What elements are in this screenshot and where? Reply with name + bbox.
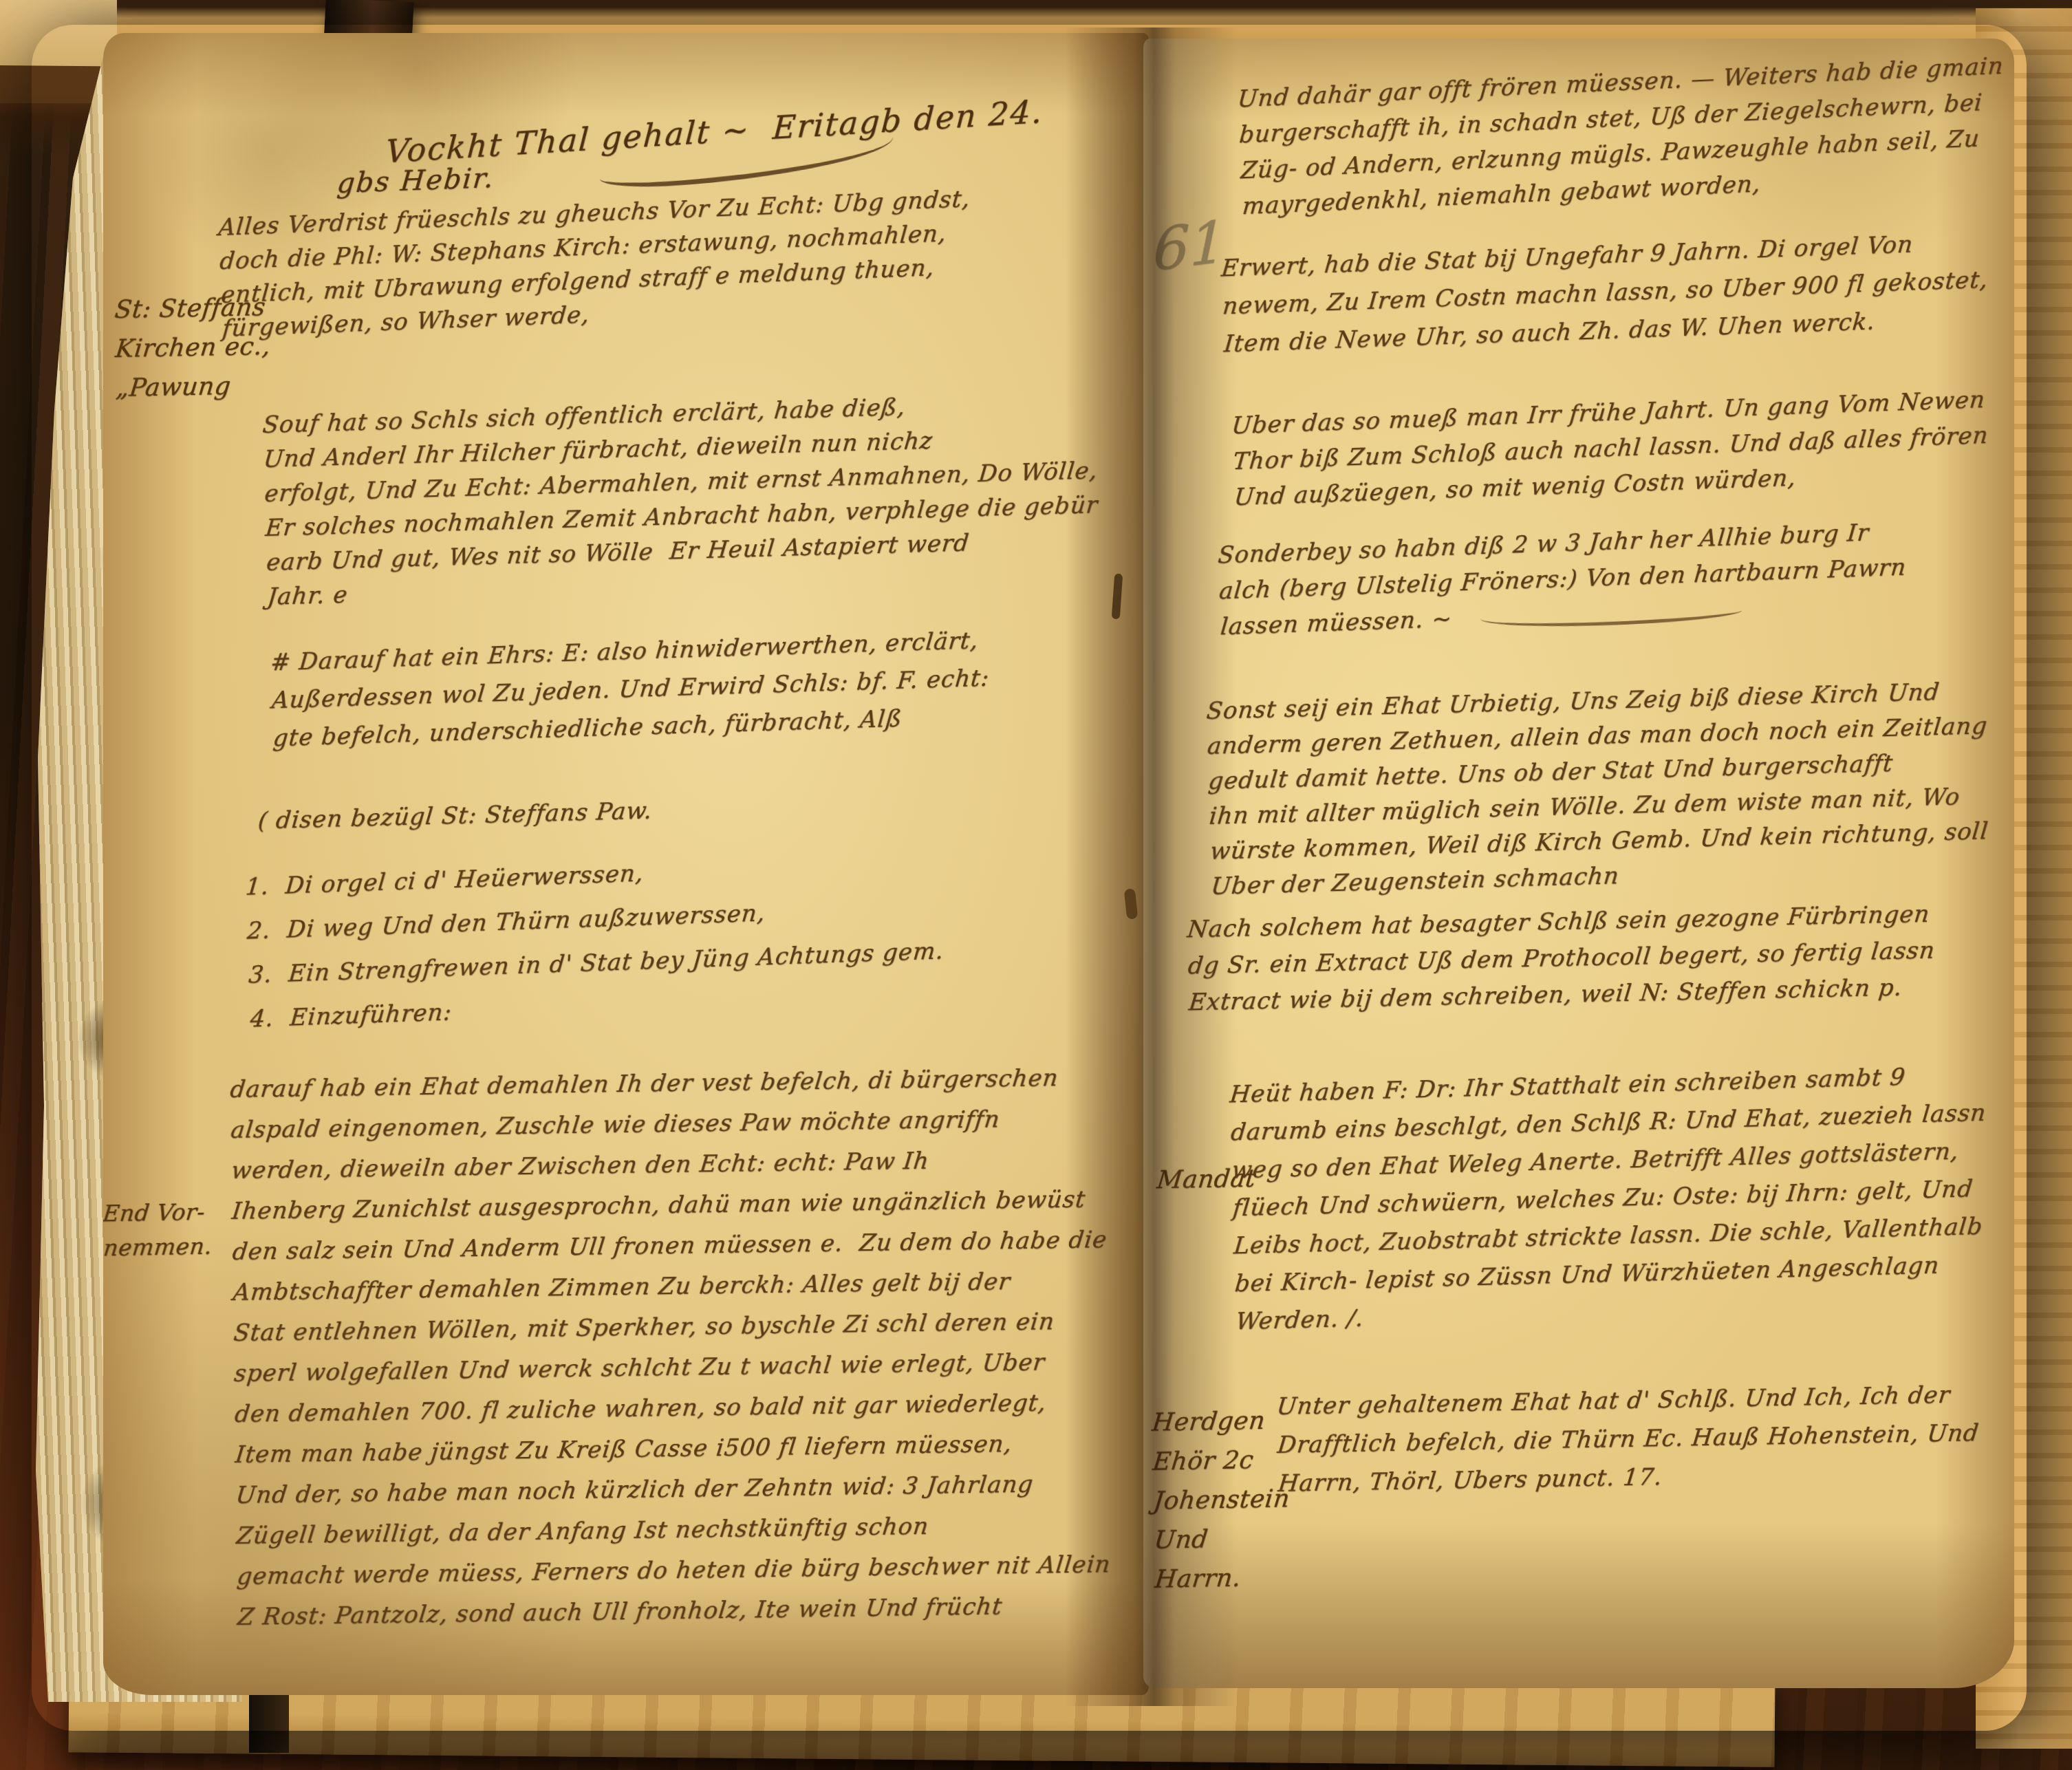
paragraph: Alles Verdrist früeschls zu gheuchs Vor … <box>218 182 975 346</box>
handwriting-line: Harrn. <box>1153 1557 1293 1599</box>
handwriting-line: End Vor- <box>103 1195 213 1231</box>
handwriting-line: 61 <box>1153 207 1227 284</box>
left-page: Vockht Thal gehalt ~ Eritagb den 24. gbs… <box>103 33 1149 1695</box>
handwriting-line: „Pawung <box>114 366 273 408</box>
handwriting-line: Ehör 2c <box>1151 1440 1291 1482</box>
handwriting-line: Und <box>1152 1518 1293 1560</box>
paragraph: Unter gehaltenem Ehat hat d' Schlß. Und … <box>1277 1375 1981 1503</box>
paragraph: Erwert, hab die Stat bij Ungefahr 9 Jahr… <box>1220 224 1989 364</box>
folio-number: 61 <box>1150 71 1229 420</box>
paragraph: Und dahär gar offt frören müessen. — Wei… <box>1237 48 2009 224</box>
manuscript-photo: { "folio": { "page_number": "61" }, "col… <box>0 0 2072 1770</box>
paragraph: darauf hab ein Ehat demahlen Ih der vest… <box>230 1057 1112 1638</box>
margin-note: St: SteffansKirchen ec.,„Pawung <box>115 288 272 408</box>
paragraph: Uber das so mueß man Irr frühe Jahrt. Un… <box>1231 382 1991 515</box>
paragraph: Sonst seij ein Ehat Urbietig, Uns Zeig b… <box>1206 673 1992 905</box>
paragraph: ( disen bezügl St: Steffans Paw. <box>258 797 653 835</box>
paragraph: # Darauf hat ein Ehrs: E: also hinwiderw… <box>270 622 991 758</box>
handwriting-line: Kirchen ec., <box>114 327 272 369</box>
paragraph: Heüt haben F: Dr: Ihr Statthalt ein schr… <box>1229 1057 1992 1341</box>
right-page: 61 Und dahär gar offt frören müessen. — … <box>1143 39 2014 1688</box>
handwriting-line: Johenstein <box>1152 1479 1292 1521</box>
paragraph: Souf hat so Schls sich offentlich erclär… <box>262 385 1101 614</box>
handwriting-line: Herdgen <box>1150 1401 1291 1443</box>
numbered-list: 1. Di orgel ci d' Heüerwerssen,2. Di weg… <box>245 841 947 1041</box>
margin-note: End Vor-nemmen. <box>103 1195 213 1266</box>
handwriting-line: St: Steffans <box>113 288 272 330</box>
margin-note: HerdgenEhör 2cJohensteinUndHarrn. <box>1152 1401 1292 1599</box>
handwriting-line: gbs Hebir. <box>336 162 496 199</box>
paragraph: Nach solchem hat besagter Schlß sein gez… <box>1187 896 1936 1022</box>
handwriting-line: ( disen bezügl St: Steffans Paw. <box>257 797 654 834</box>
handwriting-line: nemmen. <box>103 1229 214 1266</box>
